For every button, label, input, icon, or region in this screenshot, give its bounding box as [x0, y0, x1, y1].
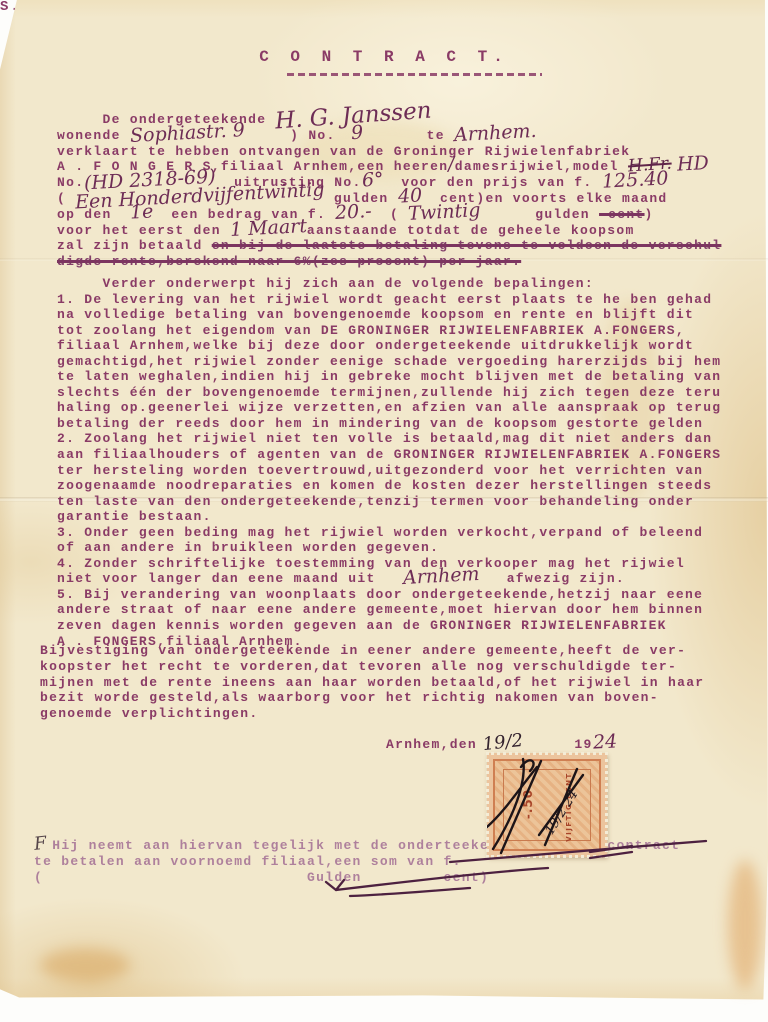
handwritten-text: Sophiastr. 9 — [130, 130, 245, 136]
handwritten-text: 24 — [593, 741, 617, 742]
typed-text: of aan andere in bruikleen worden gegeve… — [57, 540, 439, 555]
document-line: zeven dagen kennis worden gegeven aan de… — [57, 618, 721, 634]
typed-text: 5. Bij verandering van woonplaats door o… — [57, 587, 703, 602]
document-line: ( Gulden cent) — [34, 870, 680, 886]
typed-text: voor het eerst den — [57, 223, 230, 238]
document-line: verklaart te hebben ontvangen van de Gro… — [57, 144, 721, 160]
handwritten-text: 6° — [362, 180, 384, 181]
typed-text: gemachtigd,het rijwiel zonder eenige sch… — [57, 354, 721, 369]
handwritten-text: H. G. Janssen — [276, 111, 432, 122]
typed-text: tot zoolang het eigendom van DE GRONINGE… — [57, 323, 685, 338]
document-line: 1. De levering van het rijwiel wordt gea… — [57, 292, 721, 308]
document-line: filiaal Arnhem,welke bij deze door onder… — [57, 338, 721, 354]
typed-text: niet voor langer dan eene maand uit — [57, 571, 403, 586]
typed-text: afwezig zijn. — [479, 571, 625, 586]
typed-text: aanstaande totdat de geheele koopsom — [307, 223, 635, 238]
typed-text: ter hersteling worden toevertrouwd,uitge… — [57, 463, 703, 478]
document-line: mijnen met de rente ineens aan haar word… — [40, 675, 704, 691]
document-line: 3. Onder geen beding mag het rijwiel wor… — [57, 525, 721, 541]
struck-text: digde rente,berekend naar 6%(zes procent… — [57, 254, 521, 269]
stamp-value: -.50 — [521, 789, 535, 819]
handwritten-text: (HD 2318-69) — [84, 177, 215, 184]
document-line: voor het eerst den 1 Maartaanstaande tot… — [57, 223, 721, 239]
handwritten-text: Twintig — [408, 210, 480, 214]
document-line: digde rente,berekend naar 6%(zes procent… — [57, 254, 721, 270]
document-line: garantie bestaan. — [57, 509, 721, 525]
typed-text — [529, 737, 575, 752]
typed-text: No. — [57, 175, 84, 190]
intro-paragraph: De ondergeteekende H. G. Janssenwonende … — [57, 112, 721, 270]
handwritten-text: 1e — [130, 211, 153, 212]
typed-text: ( — [57, 191, 75, 206]
handwritten-text: Arnhem — [403, 574, 479, 578]
handwritten-text: 40 — [398, 195, 422, 196]
typed-text: koopster het recht te vorderen,dat tevor… — [40, 659, 677, 674]
document-line: niet voor langer dan eene maand uit Arnh… — [57, 571, 721, 587]
typed-text: Verder onderwerpt hij zich aan de volgen… — [57, 276, 594, 291]
handwritten-text: 1 Maart — [230, 226, 307, 230]
document-line: zal zijn betaald en bij de laatste betal… — [57, 238, 721, 254]
document-title: C O N T R A C T. — [0, 48, 768, 66]
struck-text: en bij de laatste betaling tevens te vol… — [212, 238, 722, 253]
document-line: ( Een Honderdvijfentwintig gulden 40 cen… — [57, 191, 721, 207]
typed-text: 1. De levering van het rijwiel wordt gea… — [57, 292, 712, 307]
typed-text: haling op.geenerlei wijze verzetten,en a… — [57, 400, 721, 415]
document-line: 5. Bij verandering van woonplaats door o… — [57, 587, 721, 603]
typed-text: te — [363, 128, 454, 143]
typed-text: ( — [372, 207, 408, 222]
document-line: koopster het recht te vorderen,dat tevor… — [40, 659, 704, 675]
handwritten-dark-text: F — [34, 843, 52, 845]
typed-text: zeven dagen kennis worden gegeven aan de… — [57, 618, 667, 633]
title-underline — [287, 73, 542, 76]
typed-text: andere straat of naar eene andere gemeen… — [57, 602, 703, 617]
document-line: 2. Zoolang het rijwiel niet ten volle is… — [57, 431, 721, 447]
typed-text: ten laste van den ondergeteekende,tenzij… — [57, 494, 694, 509]
typed-text: zal zijn betaald — [57, 238, 212, 253]
typed-text: Arnhem,den — [386, 737, 477, 752]
handwritten-text: HD — [671, 163, 709, 165]
revenue-stamp: -.50 VIJFTIG CENT 19/2 24 — [487, 753, 607, 857]
typed-text: slechts één der bovengenoemde termijnen,… — [57, 385, 721, 400]
document-line: zoogenaamde noodreparaties en komen de k… — [57, 478, 721, 494]
document-line: betaling der reeds door hem in mindering… — [57, 416, 721, 432]
typed-text: gulden — [481, 207, 599, 222]
document-line: aan filiaalhouders of agenten van de GRO… — [57, 447, 721, 463]
typed-text: ( Gulden cent) — [34, 870, 489, 885]
document-line: genoemde verplichtingen. — [40, 706, 704, 722]
document-line: ten laste van den ondergeteekende,tenzij… — [57, 494, 721, 510]
document-line: ter hersteling worden toevertrouwd,uitge… — [57, 463, 721, 479]
typed-text: mijnen met de rente ineens aan haar word… — [40, 675, 704, 690]
typed-text: 4. Zonder schriftelijke toestemming van … — [57, 556, 685, 571]
typed-text: 2. Zoolang het rijwiel niet ten volle is… — [57, 431, 712, 446]
document-line: andere straat of naar eene andere gemeen… — [57, 602, 721, 618]
document-line: Bijvestiging van ondergeteekende in eene… — [40, 643, 704, 659]
handwritten-text: 9 — [345, 132, 363, 133]
typed-text: garantie bestaan. — [57, 509, 212, 524]
relocation-paragraph: Bijvestiging van ondergeteekende in eene… — [40, 643, 704, 722]
document-line: Verder onderwerpt hij zich aan de volgen… — [57, 276, 721, 292]
document-line: wonende Sophiastr. 9 ) No. 9 te Arnhem. — [57, 128, 721, 144]
typed-text: Bijvestiging van ondergeteekende in eene… — [40, 643, 686, 658]
document-line: of aan andere in bruikleen worden gegeve… — [57, 540, 721, 556]
struck-text: cent — [599, 207, 645, 222]
contract-scan: C O N T R A C T. De ondergeteekende H. G… — [0, 0, 768, 1022]
handwritten-text: Arnhem. — [454, 131, 536, 135]
typed-text: 19 — [574, 737, 592, 752]
document-line: te laten weghalen,indien hij in gebreke … — [57, 369, 721, 385]
typed-text: bezit worde gesteld,als waarborg voor he… — [40, 690, 659, 705]
typed-text: aan filiaalhouders of agenten van de GRO… — [57, 447, 721, 462]
document-line: gemachtigd,het rijwiel zonder eenige sch… — [57, 354, 721, 370]
document-line: na volledige betaling van bovengenoemde … — [57, 307, 721, 323]
document-line: 4. Zonder schriftelijke toestemming van … — [57, 556, 721, 572]
typed-text: te laten weghalen,indien hij in gebreke … — [57, 369, 721, 384]
document-line: Arnhem,den 19/2 1924 — [386, 735, 617, 753]
document-line: bezit worde gesteld,als waarborg voor he… — [40, 690, 704, 706]
typed-text: na volledige betaling van bovengenoemde … — [57, 307, 694, 322]
typed-text: ) — [645, 207, 654, 222]
terms-paragraphs: Verder onderwerpt hij zich aan de volgen… — [57, 276, 721, 649]
document-line: tot zoolang het eigendom van DE GRONINGE… — [57, 323, 721, 339]
handwritten-dark-text: 19/2 — [477, 740, 529, 745]
typed-text: genoemde verplichtingen. — [40, 706, 258, 721]
typed-text: filiaal Arnhem,welke bij deze door onder… — [57, 338, 694, 353]
typed-text: wonende — [57, 128, 130, 143]
typed-text: te betalen aan voornoemd filiaal,een som… — [34, 854, 462, 869]
handwritten-text: 125.40 — [602, 178, 668, 181]
handwritten-text: Een Honderdvijfentwintig — [75, 189, 324, 202]
typed-text: betaling der reeds door hem in mindering… — [57, 416, 703, 431]
typed-text: zoogenaamde noodreparaties en komen de k… — [57, 478, 712, 493]
document-line: haling op.geenerlei wijze verzetten,en a… — [57, 400, 721, 416]
document-line: slechts één der bovengenoemde termijnen,… — [57, 385, 721, 401]
date-line: Arnhem,den 19/2 1924 — [386, 735, 617, 753]
handwritten-text: 20.- — [335, 211, 372, 213]
typed-text: 3. Onder geen beding mag het rijwiel wor… — [57, 525, 703, 540]
